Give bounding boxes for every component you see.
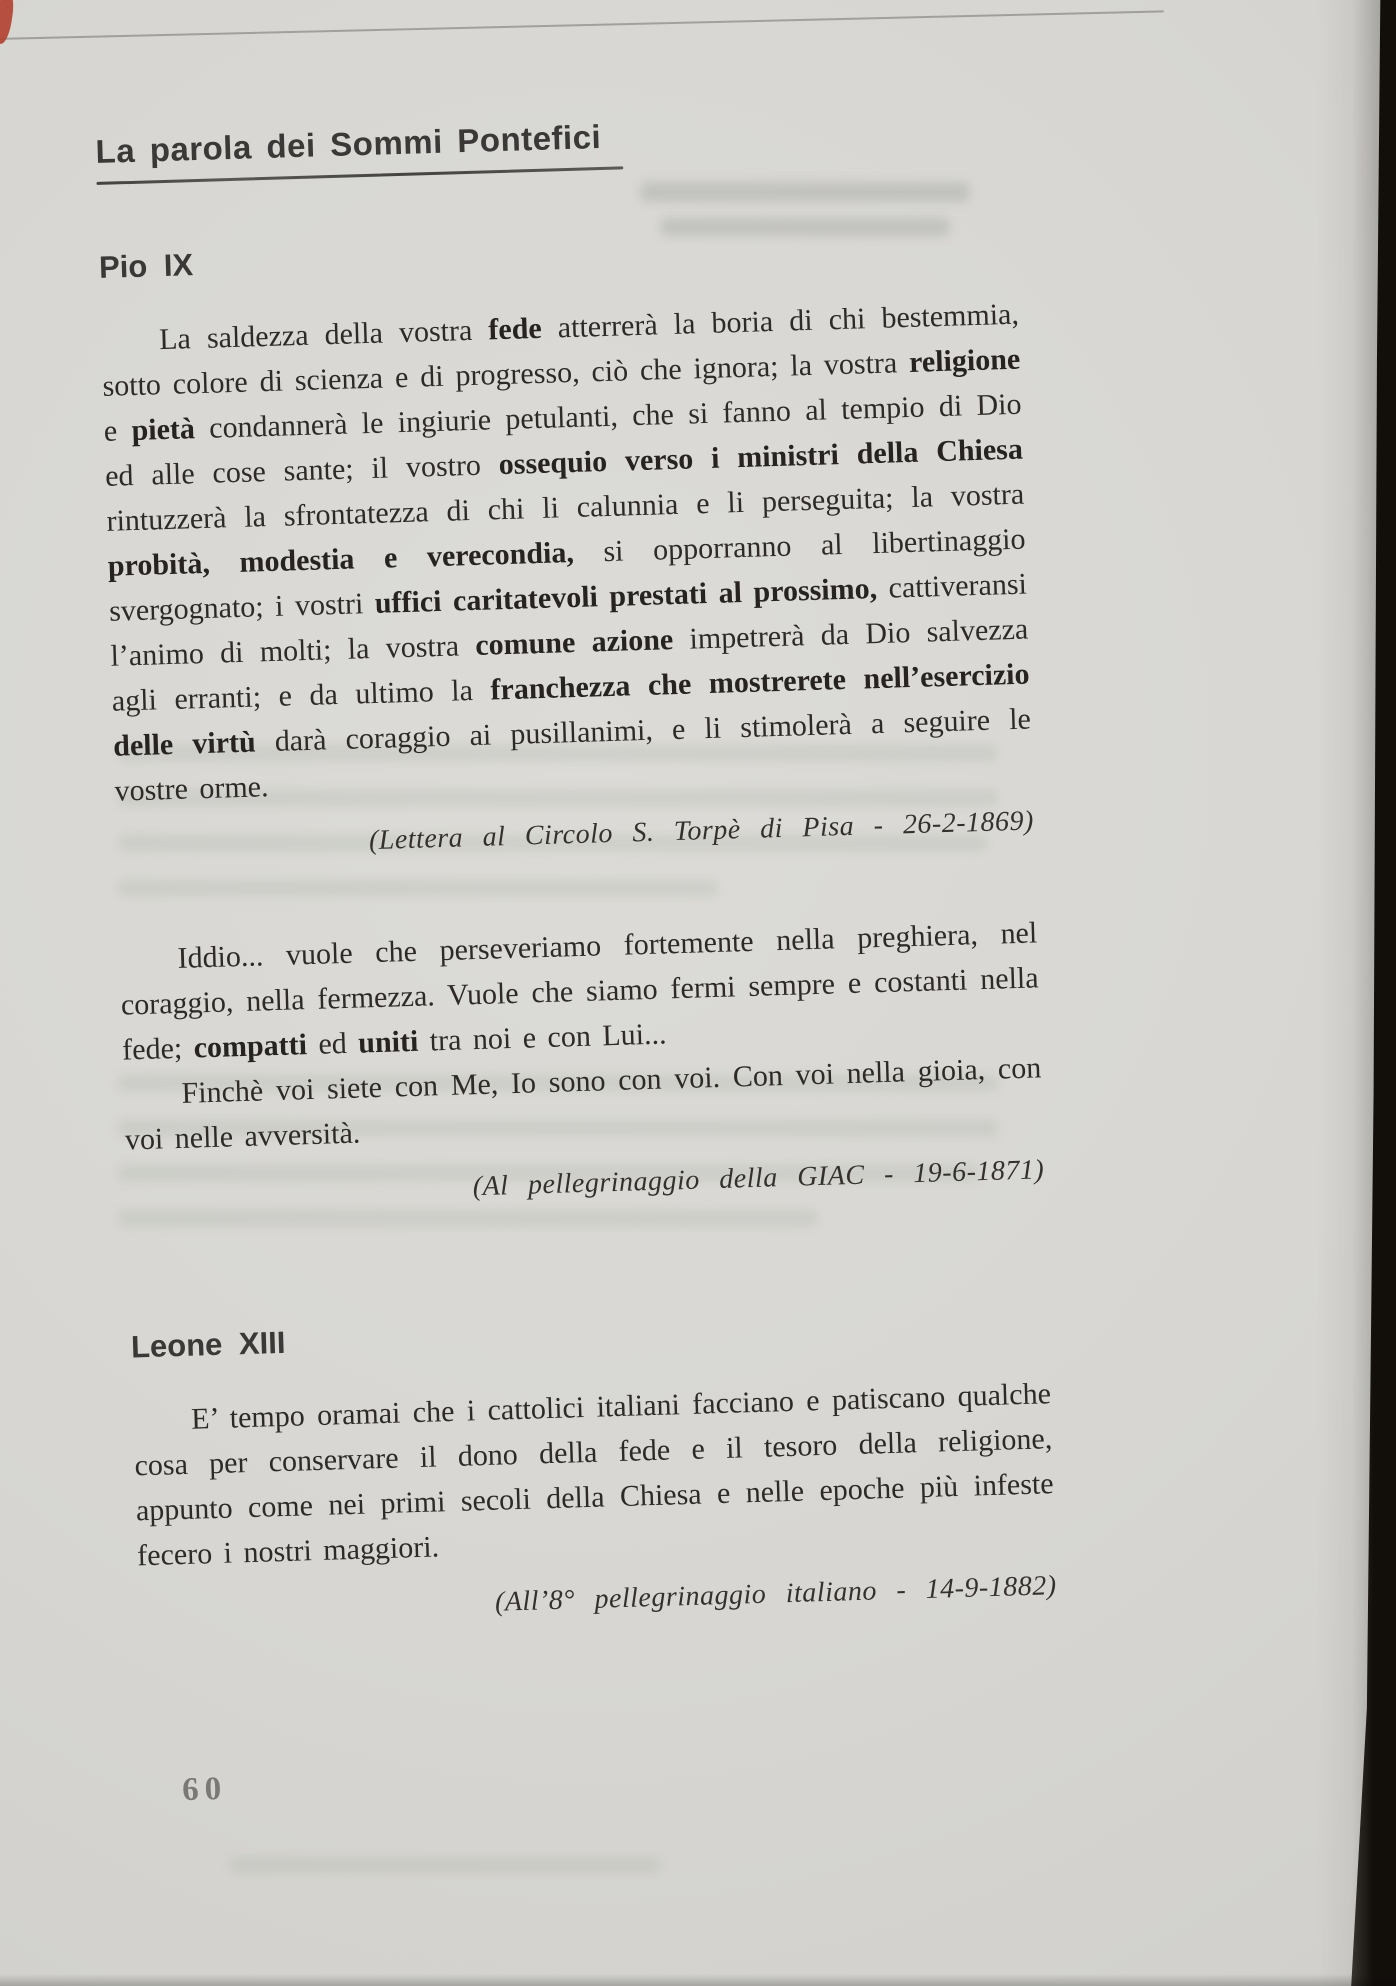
book-page: La parola dei Sommi Pontefici Pio IX La …	[0, 0, 1396, 1986]
paragraph-leone-1: E’ tempo oramai che i cattolici italiani…	[133, 1371, 1056, 1578]
section-heading-pio-ix: Pio IX	[98, 222, 1017, 287]
paragraph-pio-2: Iddio... vuole che perseveriamo fortemen…	[119, 910, 1041, 1072]
page-title: La parola dei Sommi Pontefici	[95, 105, 1014, 172]
citation-leone-1: (All’8° pellegrinaggio italiano - 14-9-1…	[138, 1567, 1057, 1632]
page-number: 60	[182, 1771, 228, 1809]
page-crease-line	[0, 10, 1164, 40]
citation-pio-1: (Lettera al Circolo S. Torpè di Pisa - 2…	[116, 802, 1035, 867]
section-pio-ix: Pio IX La saldezza della vostra fede att…	[98, 222, 1044, 1217]
section-leone-xiii: Leone XIII E’ tempo oramai che i cattoli…	[131, 1301, 1058, 1632]
section-heading-leone-xiii: Leone XIII	[131, 1301, 1050, 1366]
paragraph-pio-1: La saldezza della vostra fede atterrerà …	[101, 292, 1033, 814]
bleed-through-artifact	[230, 1858, 660, 1872]
citation-pio-2: (Al pellegrinaggio della GIAC - 19-6-187…	[126, 1151, 1045, 1216]
bottom-shadow	[0, 1974, 1396, 1986]
printed-content: La parola dei Sommi Pontefici Pio IX La …	[95, 105, 1064, 1853]
